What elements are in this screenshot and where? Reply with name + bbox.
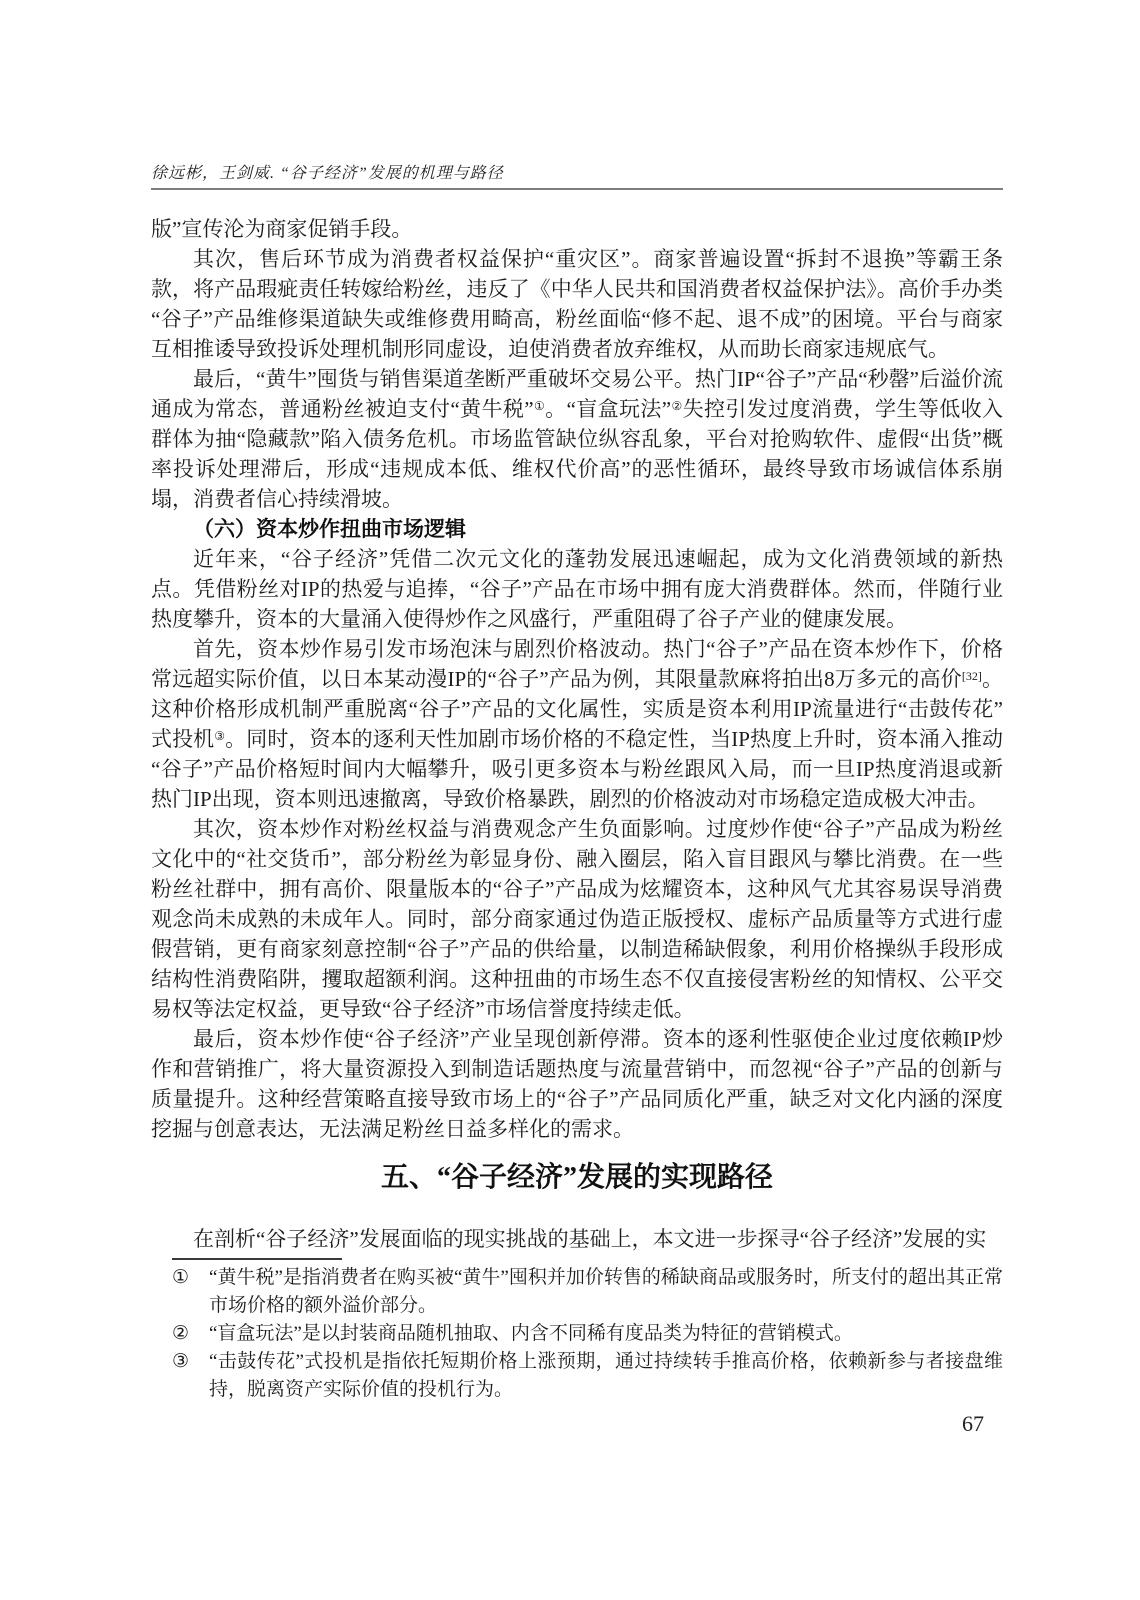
paragraph: 在剖析“谷子经济”发展面临的现实挑战的基础上，本文进一步探寻“谷子经济”发展的实 [151,1224,1003,1254]
paragraph: 其次，售后环节成为消费者权益保护“重灾区”。商家普遍设置“拆封不退换”等霸王条款… [151,244,1003,364]
paragraph: 近年来，“谷子经济”凭借二次元文化的蓬勃发展迅速崛起，成为文化消费领域的新热点。… [151,544,1003,634]
superscript-ref: ① [534,399,546,413]
paragraph: 首先，资本炒作易引发市场泡沫与剧烈价格波动。热门“谷子”产品在资本炒作下，价格常… [151,634,1003,814]
superscript-ref: ③ [214,729,225,743]
footnote-text: “黄牛税”是指消费者在购买被“黄牛”囤积并加价转售的稀缺商品或服务时，所支付的超… [209,1267,1003,1316]
footnote-item: ③“击鼓传花”式投机是指依托短期价格上涨预期，通过持续转手推高价格，依赖新参与者… [151,1348,1003,1404]
paragraph: 最后，“黄牛”囤货与销售渠道垄断严重破坏交易公平。热门IP“谷子”产品“秒罄”后… [151,364,1003,514]
paragraph: 版”宣传沦为商家促销手段。 [151,214,1003,244]
footnote-marker: ② [172,1320,189,1348]
footnote-item: ①“黄牛税”是指消费者在购买被“黄牛”囤积并加价转售的稀缺商品或服务时，所支付的… [151,1264,1003,1320]
superscript-ref: ② [671,399,683,413]
footnote-text: “盲盒玩法”是以封装商品随机抽取、内含不同稀有度品类为特征的营销模式。 [209,1323,853,1344]
superscript-ref: [32] [962,669,982,683]
footnote-separator [172,1258,342,1260]
footnote-item: ②“盲盒玩法”是以封装商品随机抽取、内含不同稀有度品类为特征的营销模式。 [151,1320,1003,1348]
running-header: 徐远彬，王剑威. “谷子经济”发展的机理与路径 [151,0,1003,182]
footnotes: ①“黄牛税”是指消费者在购买被“黄牛”囤积并加价转售的稀缺商品或服务时，所支付的… [151,1264,1003,1404]
subheading: （六）资本炒作扭曲市场逻辑 [151,514,1003,544]
page-content: 徐远彬，王剑威. “谷子经济”发展的机理与路径 版”宣传沦为商家促销手段。其次，… [151,0,1003,1404]
footnote-text: “击鼓传花”式投机是指依托短期价格上涨预期，通过持续转手推高价格，依赖新参与者接… [209,1351,1003,1400]
header-rule [151,188,1003,190]
footnote-marker: ① [172,1264,189,1292]
paragraph: 最后，资本炒作使“谷子经济”产业呈现创新停滞。资本的逐利性驱使企业过度依赖IP炒… [151,1024,1003,1144]
paragraph: 其次，资本炒作对粉丝权益与消费观念产生负面影响。过度炒作使“谷子”产品成为粉丝文… [151,814,1003,1024]
section-title: 五、“谷子经济”发展的实现路径 [151,1160,1003,1196]
footnote-marker: ③ [172,1348,189,1376]
page-number: 67 [962,1411,984,1437]
article-body: 版”宣传沦为商家促销手段。其次，售后环节成为消费者权益保护“重灾区”。商家普遍设… [151,214,1003,1254]
paper-page: 徐远彬，王剑威. “谷子经济”发展的机理与路径 版”宣传沦为商家促销手段。其次，… [0,0,1140,1600]
